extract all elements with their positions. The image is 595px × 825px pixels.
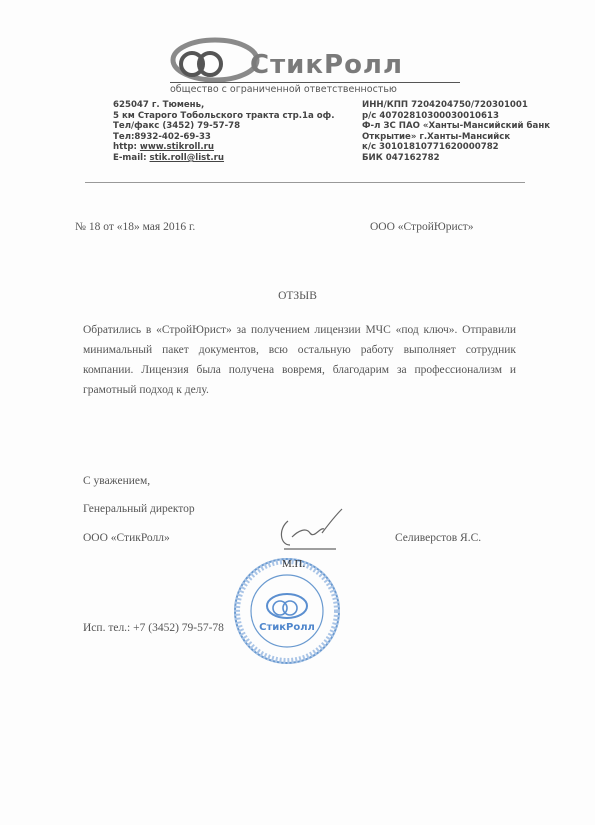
bank-details: ИНН/КПП 7204204750/720301001 р/с 4070281… — [362, 100, 550, 164]
stamp-place-label: М.П. — [282, 558, 305, 570]
address-line: Тел:8932-402-69-33 — [113, 132, 334, 143]
stamp-name: СтикРолл — [259, 622, 315, 633]
letter-reference: № 18 от «18» мая 2016 г. — [75, 221, 195, 233]
company-stamp-icon: СтикРолл — [232, 556, 342, 666]
email-link[interactable]: stik.roll@list.ru — [150, 153, 225, 163]
signer-name: Селиверстов Я.С. — [395, 532, 481, 544]
closing: С уважением, — [83, 475, 150, 487]
website-link[interactable]: www.stikroll.ru — [140, 142, 214, 152]
letter-recipient: ООО «СтройЮрист» — [370, 221, 473, 233]
signature-icon — [276, 503, 356, 553]
email-label: E-mail: — [113, 153, 150, 163]
bank-line: р/с 40702810300030010613 — [362, 111, 550, 122]
bank-line: к/с 30101810771620000782 — [362, 142, 550, 153]
company-name: СтикРолл — [250, 50, 403, 80]
letter-body: Обратились в «СтройЮрист» за получением … — [83, 320, 516, 400]
contact-phone: Исп. тел.: +7 (3452) 79-57-78 — [83, 622, 224, 634]
signer-position: Генеральный директор — [83, 503, 195, 515]
http-label: http: — [113, 142, 140, 152]
signer-organization: ООО «СтикРолл» — [83, 532, 170, 544]
address-line: 625047 г. Тюмень, — [113, 100, 334, 111]
letter-title: ОТЗЫВ — [0, 290, 595, 302]
bank-line: ИНН/КПП 7204204750/720301001 — [362, 100, 550, 111]
address-line: Тел/факс (3452) 79-57-78 — [113, 121, 334, 132]
address-line: 5 км Старого Тобольского тракта стр.1а о… — [113, 111, 334, 122]
header-divider — [85, 182, 525, 183]
address-block: 625047 г. Тюмень, 5 км Старого Тобольско… — [113, 100, 334, 164]
bank-line: Ф-л ЗС ПАО «Ханты-Мансийский банк — [362, 121, 550, 132]
bank-line: БИК 047162782 — [362, 153, 550, 164]
rings-logo-icon — [170, 36, 260, 82]
email-line: E-mail: stik.roll@list.ru — [113, 153, 334, 164]
website-line: http: www.stikroll.ru — [113, 142, 334, 153]
company-subtitle: общество с ограниченной ответственностью — [170, 82, 460, 95]
company-logo: СтикРолл общество с ограниченной ответст… — [170, 36, 460, 102]
bank-line: Открытие» г.Ханты-Мансийск — [362, 132, 550, 143]
